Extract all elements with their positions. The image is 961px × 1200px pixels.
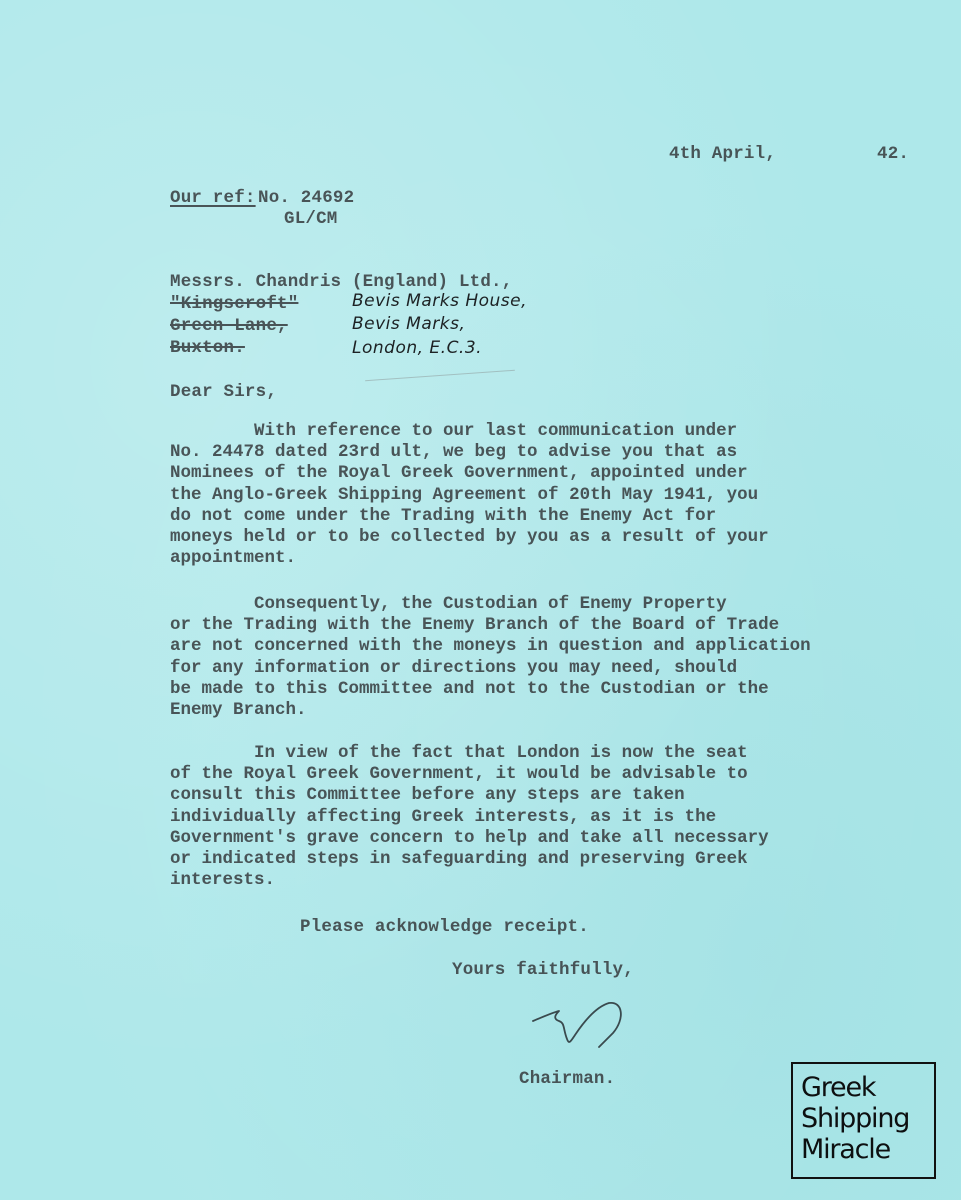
paragraph-line: consult this Committee before any steps … <box>170 785 769 806</box>
paragraph-2: Consequently, the Custodian of Enemy Pro… <box>170 594 811 721</box>
closing: Yours faithfully, <box>452 960 634 981</box>
faint-pencil-mark <box>365 370 515 381</box>
reference-label: Our ref: <box>170 188 256 209</box>
recipient-name: Messrs. Chandris (England) Ltd., <box>170 272 512 293</box>
struck-address-line-2: Green Lane, <box>170 316 288 337</box>
paragraph-1: With reference to our last communication… <box>170 421 769 569</box>
reference-initials: GL/CM <box>284 209 338 230</box>
paragraph-line: or indicated steps in safeguarding and p… <box>170 849 769 870</box>
letter-date-year: 42. <box>877 144 909 165</box>
acknowledge-request: Please acknowledge receipt. <box>300 917 589 938</box>
paragraph-line: individually affecting Greek interests, … <box>170 807 769 828</box>
handwritten-address-line-2: Bevis Marks, <box>352 314 465 334</box>
paragraph-line: moneys held or to be collected by you as… <box>170 527 769 548</box>
paragraph-line: interests. <box>170 870 769 891</box>
paragraph-line: No. 24478 dated 23rd ult, we beg to advi… <box>170 442 769 463</box>
greek-shipping-miracle-logo: Greek Shipping Miracle <box>791 1062 936 1179</box>
paragraph-line: In view of the fact that London is now t… <box>170 743 769 764</box>
paragraph-line: the Anglo-Greek Shipping Agreement of 20… <box>170 485 769 506</box>
paragraph-line: Government's grave concern to help and t… <box>170 828 769 849</box>
paragraph-3: In view of the fact that London is now t… <box>170 743 769 891</box>
paragraph-line: or the Trading with the Enemy Branch of … <box>170 615 811 636</box>
struck-address-line-1: "Kingscroft" <box>170 294 298 315</box>
paragraph-line: Consequently, the Custodian of Enemy Pro… <box>170 594 811 615</box>
paragraph-line: do not come under the Trading with the E… <box>170 506 769 527</box>
paragraph-line: Enemy Branch. <box>170 700 811 721</box>
paragraph-line: appointment. <box>170 548 769 569</box>
letter-date: 4th April, <box>669 144 776 165</box>
paragraph-line: With reference to our last communication… <box>170 421 769 442</box>
paragraph-line: of the Royal Greek Government, it would … <box>170 764 769 785</box>
paragraph-line: be made to this Committee and not to the… <box>170 679 811 700</box>
logo-line-3: Miracle <box>801 1134 934 1165</box>
paragraph-line: Nominees of the Royal Greek Government, … <box>170 463 769 484</box>
handwritten-address-line-1: Bevis Marks House, <box>352 291 527 311</box>
logo-line-1: Greek <box>801 1072 934 1103</box>
struck-address-line-3: Buxton. <box>170 338 245 359</box>
logo-line-2: Shipping <box>801 1103 934 1134</box>
reference-number: No. 24692 <box>258 188 354 209</box>
handwritten-address-line-3: London, E.C.3. <box>352 338 482 358</box>
paragraph-line: for any information or directions you ma… <box>170 658 811 679</box>
paragraph-line: are not concerned with the moneys in que… <box>170 636 811 657</box>
salutation: Dear Sirs, <box>170 382 277 403</box>
signature-icon <box>525 995 645 1055</box>
signatory-title: Chairman. <box>519 1069 615 1090</box>
